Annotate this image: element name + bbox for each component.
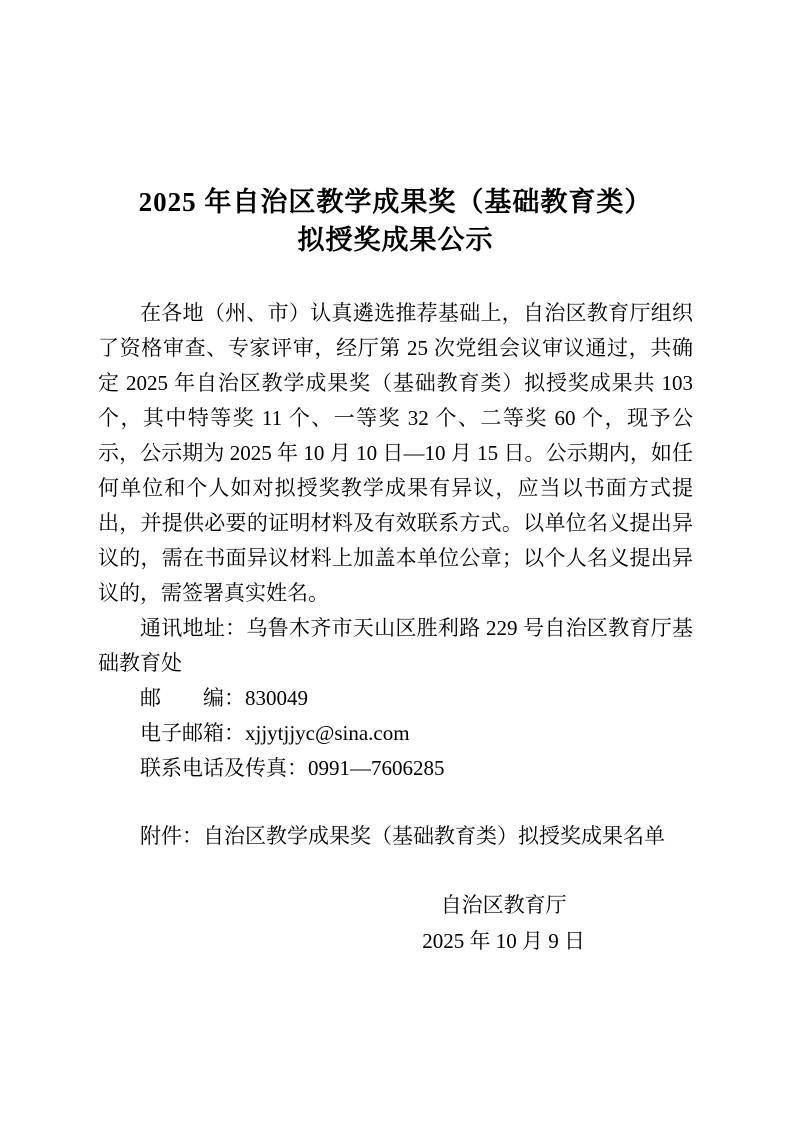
document-title-line-2: 拟授奖成果公示 xyxy=(98,221,693,259)
document-title-line-1: 2025 年自治区教学成果奖（基础教育类） xyxy=(98,183,693,221)
signature-block: 自治区教育厅 2025 年 10 月 9 日 xyxy=(422,887,585,959)
signature-date: 2025 年 10 月 9 日 xyxy=(422,923,585,959)
announcement-paragraph: 在各地（州、市）认真遴选推荐基础上，自治区教育厅组织了资格审查、专家评审，经厅第… xyxy=(98,296,693,611)
contact-email-line: 电子邮箱：xjjytjjyc@sina.com xyxy=(98,716,693,751)
contact-postal-code-line: 邮 编：830049 xyxy=(98,681,693,716)
signature-organization: 自治区教育厅 xyxy=(422,887,585,923)
announcement-document-page: 2025 年自治区教学成果奖（基础教育类） 拟授奖成果公示 在各地（州、市）认真… xyxy=(0,0,793,1122)
document-body: 在各地（州、市）认真遴选推荐基础上，自治区教育厅组织了资格审查、专家评审，经厅第… xyxy=(98,296,693,959)
document-title: 2025 年自治区教学成果奖（基础教育类） 拟授奖成果公示 xyxy=(98,183,693,259)
attachment-reference-line: 附件：自治区教学成果奖（基础教育类）拟授奖成果名单 xyxy=(98,819,693,854)
contact-address-line: 通讯地址：乌鲁木齐市天山区胜利路 229 号自治区教育厅基础教育处 xyxy=(98,611,693,681)
contact-phone-fax-line: 联系电话及传真：0991—7606285 xyxy=(98,751,693,786)
